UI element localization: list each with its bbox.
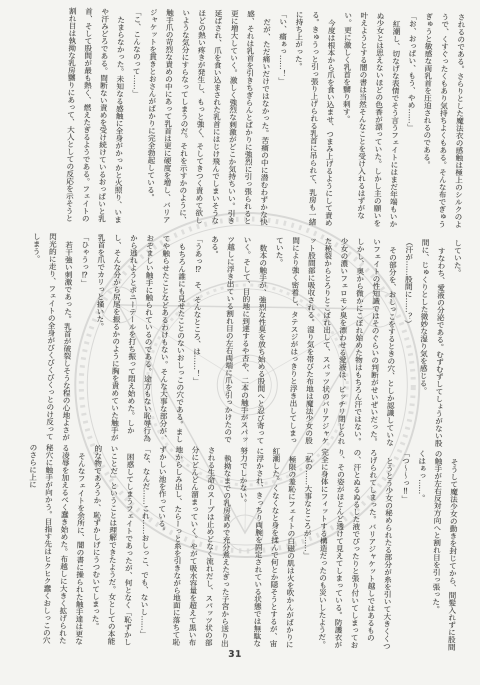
paragraph: その部分を、おしっこをするときの穴、としか認識していないフェイトの性知識ではその… [268, 236, 401, 446]
paragraph: 困惑してしまうフェイトであったが、何となく「恥ずかしいことだ」ということは理解で… [87, 444, 139, 646]
paragraph: 「ひゃうっ⁉」 [74, 233, 93, 441]
text-block-middle: していた。すなわち、愛液の分泌である。むずむずしてしょうがない股間に、じゅくりと… [25, 233, 466, 448]
paragraph: たまらなかった。未知なる感触に全身がかっかと火照り、いまや汗みどろである。間断な… [61, 7, 129, 225]
paragraph: 極限の羞恥にフェイトの白磁の肌は火を吹かんがばかりに紅潮した。くなくなと身を揉ん… [232, 447, 300, 649]
paragraph: そうして魔法少女の動きを封じてから、間髪入れずに股間の触手が左右反対方向へと割れ… [427, 450, 463, 651]
paragraph: （汗が……股間に……？） [398, 238, 417, 446]
paragraph: そんなフェイトを余所に、闇の書に操られた触手達は更なる凌辱を加えるべく蠢き始めた… [22, 443, 90, 645]
paragraph: すなわち、愛液の分泌である。むずむずしてしょうがない股間に、じゅくりとした微妙な… [414, 239, 450, 447]
paragraph: 「つ～～っ‼」 [394, 449, 413, 650]
paragraph: 若干強い刺激であった。乳首が破裂しそうな程の心地よさが閃光的に走り、フェイトの全… [25, 233, 77, 442]
scan-tilt-wrapper: されるのである。さらりとした魔法衣の感触は極上のシルクのようで、くすぐったくもあ… [0, 0, 480, 685]
text-block-bottom: そうして魔法少女の動きを封じてから、間髪入れずに股間の触手が左右反対方向へと割れ… [22, 443, 463, 651]
paragraph: 「い、痛ぁっ……！」 [271, 10, 291, 227]
paragraph: 今度は根本から爪を食い込ませ、つまみ上げるようにして責める。きゅうっと引っ張り上… [288, 11, 340, 229]
paragraph: 「お、おっぱい、もう、やめ……」 [401, 12, 421, 229]
paragraph: だが、ただ痛いだけではなかった。苦痛の中に潜むわずかな快感、それは乳首を引きちぎ… [142, 8, 275, 227]
paragraph: 執拗なまでの乳房責めで充分煮えたぎった子宮から送り出される生命のスープは止めどな… [151, 446, 235, 648]
scanned-novel-page: されるのである。さらりとした魔法衣の感触は極上のシルクのようで、くすぐったくもあ… [0, 0, 480, 685]
paragraph: 紅潮し、切なげな表情でそう言うフェイトにはまだ年端もいかぬ少女とは思えないほどの… [336, 11, 404, 229]
paragraph: 「な、なんだ……これ……おしっこ、でも、ないし……」 [135, 445, 154, 646]
paragraph: されるのである。さらりとした魔法衣の感触は極上のシルクのようで、くすぐったくもあ… [417, 13, 469, 231]
paragraph: とうとう少女の秘められたる部分が糸を引いて大きくくつろげられてしまった。バリアジ… [313, 448, 397, 650]
paragraph: していた。 [446, 239, 465, 447]
paragraph: 「うあっ⁉ そ、そんなところ、は……！」 [187, 235, 206, 443]
text-block-top: されるのである。さらりとした魔法衣の感触は極上のシルクのようで、くすぐったくもあ… [61, 7, 469, 230]
paragraph: 数本の触手が、強烈な性臭を放ち始める股間へと忍び寄っていく。そして、目的地に到達… [203, 235, 271, 444]
paragraph: もちろん誰にも見せたことのないおしっこの穴である。ましてや触らせたことなどあるわ… [90, 234, 190, 444]
paragraph: くはぁっ……。 [411, 450, 430, 651]
